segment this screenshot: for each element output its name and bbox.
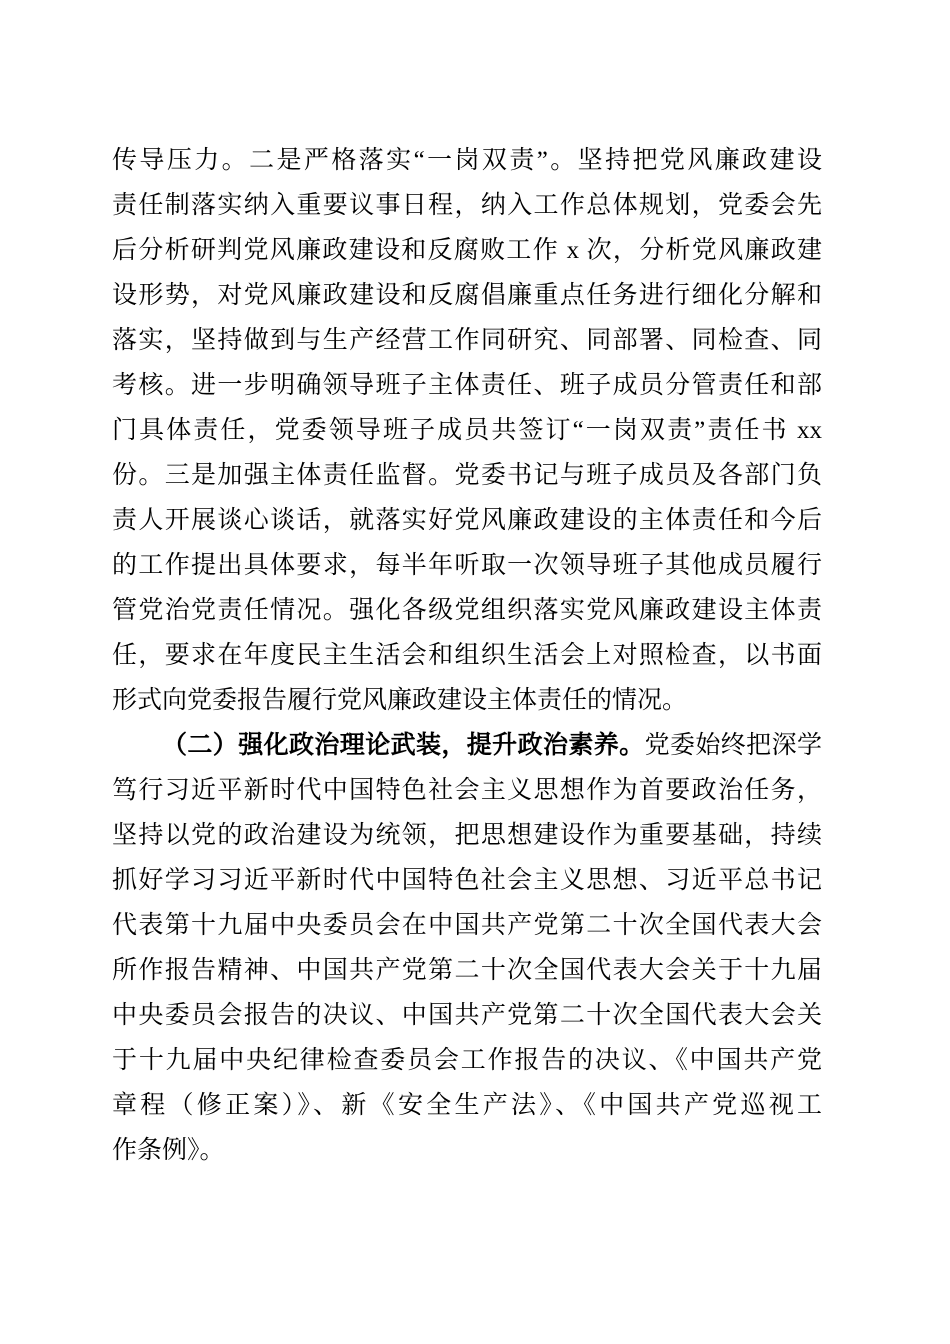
text-run: 党委始终把深学 — [645, 732, 822, 759]
text-run: 中央委员会报告的决议、中国共产党第二十次全国代表大会关 — [112, 1002, 822, 1029]
text-run: 传导压力。二是严格落实“一岗双责”。坚持把党风廉政建设 — [112, 147, 822, 174]
text-run: 任，要求在年度民主生活会和组织生活会上对照检查，以书面 — [112, 642, 822, 669]
text-run: 后分析研判党风廉政建设和反腐败工作 x 次，分析党风廉政建 — [112, 237, 822, 264]
text-line: 于十九届中央纪律检查委员会工作报告的决议、《中国共产党 — [112, 1038, 822, 1083]
text-run-bold: （二）强化政治理论武装，提升政治素养。 — [162, 732, 645, 759]
text-line: 笃行习近平新时代中国特色社会主义思想作为首要政治任务， — [112, 768, 822, 813]
text-line: 份。三是加强主体责任监督。党委书记与班子成员及各部门负 — [112, 453, 822, 498]
text-line: 任，要求在年度民主生活会和组织生活会上对照检查，以书面 — [112, 633, 822, 678]
text-run: 门具体责任，党委领导班子成员共签订“一岗双责”责任书 xx — [112, 417, 822, 444]
text-line: 传导压力。二是严格落实“一岗双责”。坚持把党风廉政建设 — [112, 138, 822, 183]
text-line: （二）强化政治理论武装，提升政治素养。党委始终把深学 — [112, 723, 822, 768]
text-line: 责任制落实纳入重要议事日程，纳入工作总体规划，党委会先 — [112, 183, 822, 228]
text-run: 代表第十九届中央委员会在中国共产党第二十次全国代表大会 — [112, 912, 822, 939]
text-line: 作条例》。 — [112, 1128, 822, 1173]
text-line: 的工作提出具体要求，每半年听取一次领导班子其他成员履行 — [112, 543, 822, 588]
text-line: 中央委员会报告的决议、中国共产党第二十次全国代表大会关 — [112, 993, 822, 1038]
text-line: 设形势，对党风廉政建设和反腐倡廉重点任务进行细化分解和 — [112, 273, 822, 318]
text-run: 的工作提出具体要求，每半年听取一次领导班子其他成员履行 — [112, 552, 822, 579]
text-line: 所作报告精神、中国共产党第二十次全国代表大会关于十九届 — [112, 948, 822, 993]
text-run: 责人开展谈心谈话，就落实好党风廉政建设的主体责任和今后 — [112, 507, 822, 534]
text-line: 落实，坚持做到与生产经营工作同研究、同部署、同检查、同 — [112, 318, 822, 363]
text-line: 形式向党委报告履行党风廉政建设主体责任的情况。 — [112, 678, 822, 723]
text-line: 坚持以党的政治建设为统领，把思想建设作为重要基础，持续 — [112, 813, 822, 858]
text-line: 章程（修正案）》、新《安全生产法》、《中国共产党巡视工 — [112, 1083, 822, 1128]
text-line: 抓好学习习近平新时代中国特色社会主义思想、习近平总书记 — [112, 858, 822, 903]
text-line: 责人开展谈心谈话，就落实好党风廉政建设的主体责任和今后 — [112, 498, 822, 543]
text-run: 所作报告精神、中国共产党第二十次全国代表大会关于十九届 — [112, 957, 822, 984]
text-run: 抓好学习习近平新时代中国特色社会主义思想、习近平总书记 — [112, 867, 822, 894]
text-line: 考核。进一步明确领导班子主体责任、班子成员分管责任和部 — [112, 363, 822, 408]
text-run: 落实，坚持做到与生产经营工作同研究、同部署、同检查、同 — [112, 327, 822, 354]
text-line: 代表第十九届中央委员会在中国共产党第二十次全国代表大会 — [112, 903, 822, 948]
document-page: 传导压力。二是严格落实“一岗双责”。坚持把党风廉政建设责任制落实纳入重要议事日程… — [0, 0, 950, 1344]
text-run: 考核。进一步明确领导班子主体责任、班子成员分管责任和部 — [112, 372, 822, 399]
text-run: 坚持以党的政治建设为统领，把思想建设作为重要基础，持续 — [112, 822, 822, 849]
text-run: 形式向党委报告履行党风廉政建设主体责任的情况。 — [112, 687, 687, 714]
text-run: 管党治党责任情况。强化各级党组织落实党风廉政建设主体责 — [112, 597, 822, 624]
text-run: 份。三是加强主体责任监督。党委书记与班子成员及各部门负 — [112, 462, 822, 489]
text-line: 后分析研判党风廉政建设和反腐败工作 x 次，分析党风廉政建 — [112, 228, 822, 273]
text-line: 管党治党责任情况。强化各级党组织落实党风廉政建设主体责 — [112, 588, 822, 633]
text-run: 章程（修正案）》、新《安全生产法》、《中国共产党巡视工 — [112, 1092, 822, 1119]
text-run: 于十九届中央纪律检查委员会工作报告的决议、《中国共产党 — [112, 1047, 822, 1074]
text-run: 责任制落实纳入重要议事日程，纳入工作总体规划，党委会先 — [112, 192, 822, 219]
text-run: 设形势，对党风廉政建设和反腐倡廉重点任务进行细化分解和 — [112, 282, 822, 309]
text-run: 作条例》。 — [112, 1137, 225, 1164]
text-run: 笃行习近平新时代中国特色社会主义思想作为首要政治任务， — [112, 777, 822, 804]
text-line: 门具体责任，党委领导班子成员共签订“一岗双责”责任书 xx — [112, 408, 822, 453]
document-text-block: 传导压力。二是严格落实“一岗双责”。坚持把党风廉政建设责任制落实纳入重要议事日程… — [112, 138, 822, 1173]
